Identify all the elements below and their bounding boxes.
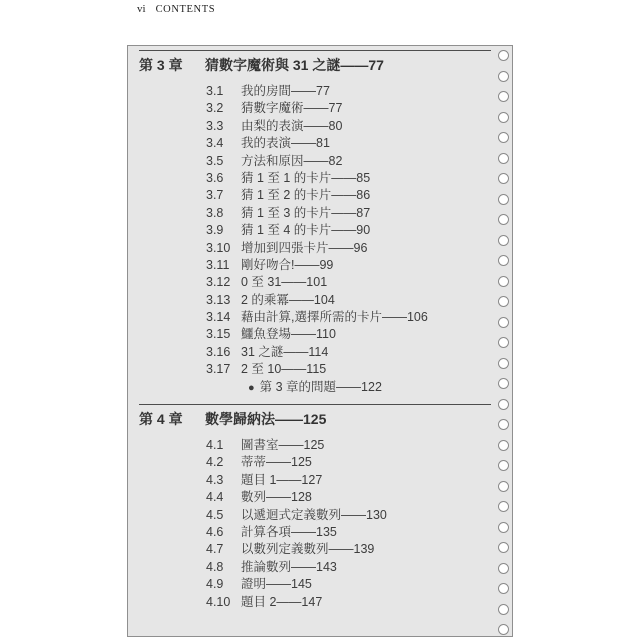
toc-section-row: 3.12 0 至 31——101: [206, 274, 491, 291]
toc-section-row: 3.17 2 至 10——115: [206, 361, 491, 378]
binder-hole-icon: [498, 173, 509, 184]
binder-hole-icon: [498, 624, 509, 635]
toc-section-row: 3.14 藉由計算,選擇所需的卡片——106: [206, 309, 491, 326]
section-title: 圖書室——125: [241, 437, 324, 454]
toc-section-row: 4.3 題目 1——127: [206, 472, 491, 489]
binder-hole-icon: [498, 296, 509, 307]
section-number: 4.8: [206, 559, 241, 576]
chapter-problems-title: 第 3 章的問題——122: [260, 379, 382, 396]
toc-section-row: 3.2 猜數字魔術——77: [206, 100, 491, 117]
section-number: 3.12: [206, 274, 241, 291]
section-title: 題目 1——127: [241, 472, 322, 489]
toc-section-row: 3.9 猜 1 至 4 的卡片——90: [206, 222, 491, 239]
binder-hole-icon: [498, 522, 509, 533]
section-number: 3.14: [206, 309, 241, 326]
binder-hole-icon: [498, 563, 509, 574]
section-title: 我的表演——81: [241, 135, 330, 152]
binder-hole-icon: [498, 419, 509, 430]
toc-section-row: 4.8 推論數列——143: [206, 559, 491, 576]
binder-hole-icon: [498, 255, 509, 266]
chapter-title: 數學歸納法——125: [205, 411, 491, 427]
toc-section-row: 3.6 猜 1 至 1 的卡片——85: [206, 170, 491, 187]
section-number: 3.8: [206, 205, 241, 222]
section-title: 以數列定義數列——139: [241, 541, 374, 558]
toc-section-row: 3.1 我的房間——77: [206, 83, 491, 100]
section-number: 3.16: [206, 344, 241, 361]
binder-hole-icon: [498, 440, 509, 451]
toc-section-row: 3.4 我的表演——81: [206, 135, 491, 152]
section-number: 3.13: [206, 292, 241, 309]
section-number: 3.6: [206, 170, 241, 187]
section-number: 4.6: [206, 524, 241, 541]
binder-hole-icon: [498, 112, 509, 123]
section-number: 3.7: [206, 187, 241, 204]
section-number: 4.9: [206, 576, 241, 593]
section-number: 3.17: [206, 361, 241, 378]
section-title: 推論數列——143: [241, 559, 337, 576]
bullet-icon: ●: [248, 380, 255, 397]
section-title: 猜 1 至 4 的卡片——90: [241, 222, 370, 239]
binder-hole-icon: [498, 50, 509, 61]
section-list: 3.1 我的房間——77 3.2 猜數字魔術——77 3.3 由梨的表演——80…: [206, 83, 491, 396]
toc-content: 第 3 章 猜數字魔術與 31 之謎——77 3.1 我的房間——77 3.2 …: [139, 50, 491, 611]
binder-hole-icon: [498, 276, 509, 287]
toc-chapter: 第 4 章 數學歸納法——125 4.1 圖書室——125 4.2 蒂蒂——12…: [139, 404, 491, 611]
section-number: 4.1: [206, 437, 241, 454]
contents-running-head: CONTENTS: [156, 4, 216, 15]
binder-hole-icon: [498, 378, 509, 389]
section-title: 數列——128: [241, 489, 312, 506]
chapter-number-label: 第 3 章: [139, 57, 205, 73]
section-number: 3.1: [206, 83, 241, 100]
chapter-title: 猜數字魔術與 31 之謎——77: [205, 57, 491, 73]
section-title: 猜 1 至 1 的卡片——85: [241, 170, 370, 187]
page-header: vi CONTENTS: [137, 3, 215, 15]
binder-hole-icon: [498, 399, 509, 410]
binder-hole-icon: [498, 542, 509, 553]
section-list: 4.1 圖書室——125 4.2 蒂蒂——125 4.3 題目 1——127 4…: [206, 437, 491, 611]
section-number: 3.11: [206, 257, 241, 274]
toc-section-row: 3.7 猜 1 至 2 的卡片——86: [206, 187, 491, 204]
binder-hole-icon: [498, 604, 509, 615]
page-folio: vi: [137, 3, 146, 15]
section-number: 4.3: [206, 472, 241, 489]
chapter-number-label: 第 4 章: [139, 411, 205, 427]
toc-section-row: 3.16 31 之謎——114: [206, 344, 491, 361]
toc-section-row: 3.5 方法和原因——82: [206, 153, 491, 170]
section-number: 3.10: [206, 240, 241, 257]
section-title: 鱷魚登場——110: [241, 326, 336, 343]
section-title: 31 之謎——114: [241, 344, 328, 361]
section-number: 3.15: [206, 326, 241, 343]
chapter-problems-row: ● 第 3 章的問題——122: [248, 379, 491, 396]
section-number: 4.7: [206, 541, 241, 558]
toc-section-row: 4.1 圖書室——125: [206, 437, 491, 454]
section-number: 4.5: [206, 507, 241, 524]
toc-section-row: 3.15 鱷魚登場——110: [206, 326, 491, 343]
section-number: 3.5: [206, 153, 241, 170]
section-title: 0 至 31——101: [241, 274, 327, 291]
section-number: 4.4: [206, 489, 241, 506]
section-title: 方法和原因——82: [241, 153, 342, 170]
binder-hole-icon: [498, 153, 509, 164]
binder-hole-icon: [498, 460, 509, 471]
binder-hole-icon: [498, 132, 509, 143]
toc-section-row: 3.11 剛好吻合!——99: [206, 257, 491, 274]
toc-section-row: 4.4 數列——128: [206, 489, 491, 506]
section-title: 以遞迴式定義數列——130: [241, 507, 387, 524]
toc-section-row: 3.3 由梨的表演——80: [206, 118, 491, 135]
section-title: 藉由計算,選擇所需的卡片——106: [241, 309, 428, 326]
binder-hole-icon: [498, 337, 509, 348]
binder-hole-icon: [498, 214, 509, 225]
binder-hole-icon: [498, 317, 509, 328]
section-title: 猜 1 至 3 的卡片——87: [241, 205, 370, 222]
toc-section-row: 4.5 以遞迴式定義數列——130: [206, 507, 491, 524]
section-title: 增加到四張卡片——96: [241, 240, 367, 257]
section-title: 我的房間——77: [241, 83, 330, 100]
section-number: 4.10: [206, 594, 241, 611]
section-title: 猜數字魔術——77: [241, 100, 342, 117]
section-title: 由梨的表演——80: [241, 118, 342, 135]
toc-section-row: 3.13 2 的乘冪——104: [206, 292, 491, 309]
section-title: 2 至 10——115: [241, 361, 326, 378]
section-number: 4.2: [206, 454, 241, 471]
binder-hole-icon: [498, 91, 509, 102]
section-title: 剛好吻合!——99: [241, 257, 333, 274]
section-number: 3.4: [206, 135, 241, 152]
section-title: 蒂蒂——125: [241, 454, 312, 471]
binder-holes-column: [498, 50, 509, 635]
section-number: 3.3: [206, 118, 241, 135]
toc-section-row: 4.2 蒂蒂——125: [206, 454, 491, 471]
toc-section-row: 4.7 以數列定義數列——139: [206, 541, 491, 558]
chapter-heading: 第 3 章 猜數字魔術與 31 之謎——77: [139, 50, 491, 73]
toc-section-row: 4.10 題目 2——147: [206, 594, 491, 611]
binder-hole-icon: [498, 194, 509, 205]
section-number: 3.9: [206, 222, 241, 239]
section-title: 2 的乘冪——104: [241, 292, 335, 309]
binder-hole-icon: [498, 358, 509, 369]
section-title: 猜 1 至 2 的卡片——86: [241, 187, 370, 204]
chapter-heading: 第 4 章 數學歸納法——125: [139, 404, 491, 427]
binder-hole-icon: [498, 71, 509, 82]
binder-hole-icon: [498, 501, 509, 512]
toc-section-row: 3.10 增加到四張卡片——96: [206, 240, 491, 257]
binder-hole-icon: [498, 481, 509, 492]
toc-section-row: 3.8 猜 1 至 3 的卡片——87: [206, 205, 491, 222]
binder-hole-icon: [498, 583, 509, 594]
section-title: 題目 2——147: [241, 594, 322, 611]
section-title: 證明——145: [241, 576, 312, 593]
binder-hole-icon: [498, 235, 509, 246]
toc-section-row: 4.6 計算各項——135: [206, 524, 491, 541]
section-title: 計算各項——135: [241, 524, 337, 541]
section-number: 3.2: [206, 100, 241, 117]
toc-panel: 第 3 章 猜數字魔術與 31 之謎——77 3.1 我的房間——77 3.2 …: [127, 45, 513, 637]
toc-section-row: 4.9 證明——145: [206, 576, 491, 593]
toc-chapter: 第 3 章 猜數字魔術與 31 之謎——77 3.1 我的房間——77 3.2 …: [139, 50, 491, 396]
